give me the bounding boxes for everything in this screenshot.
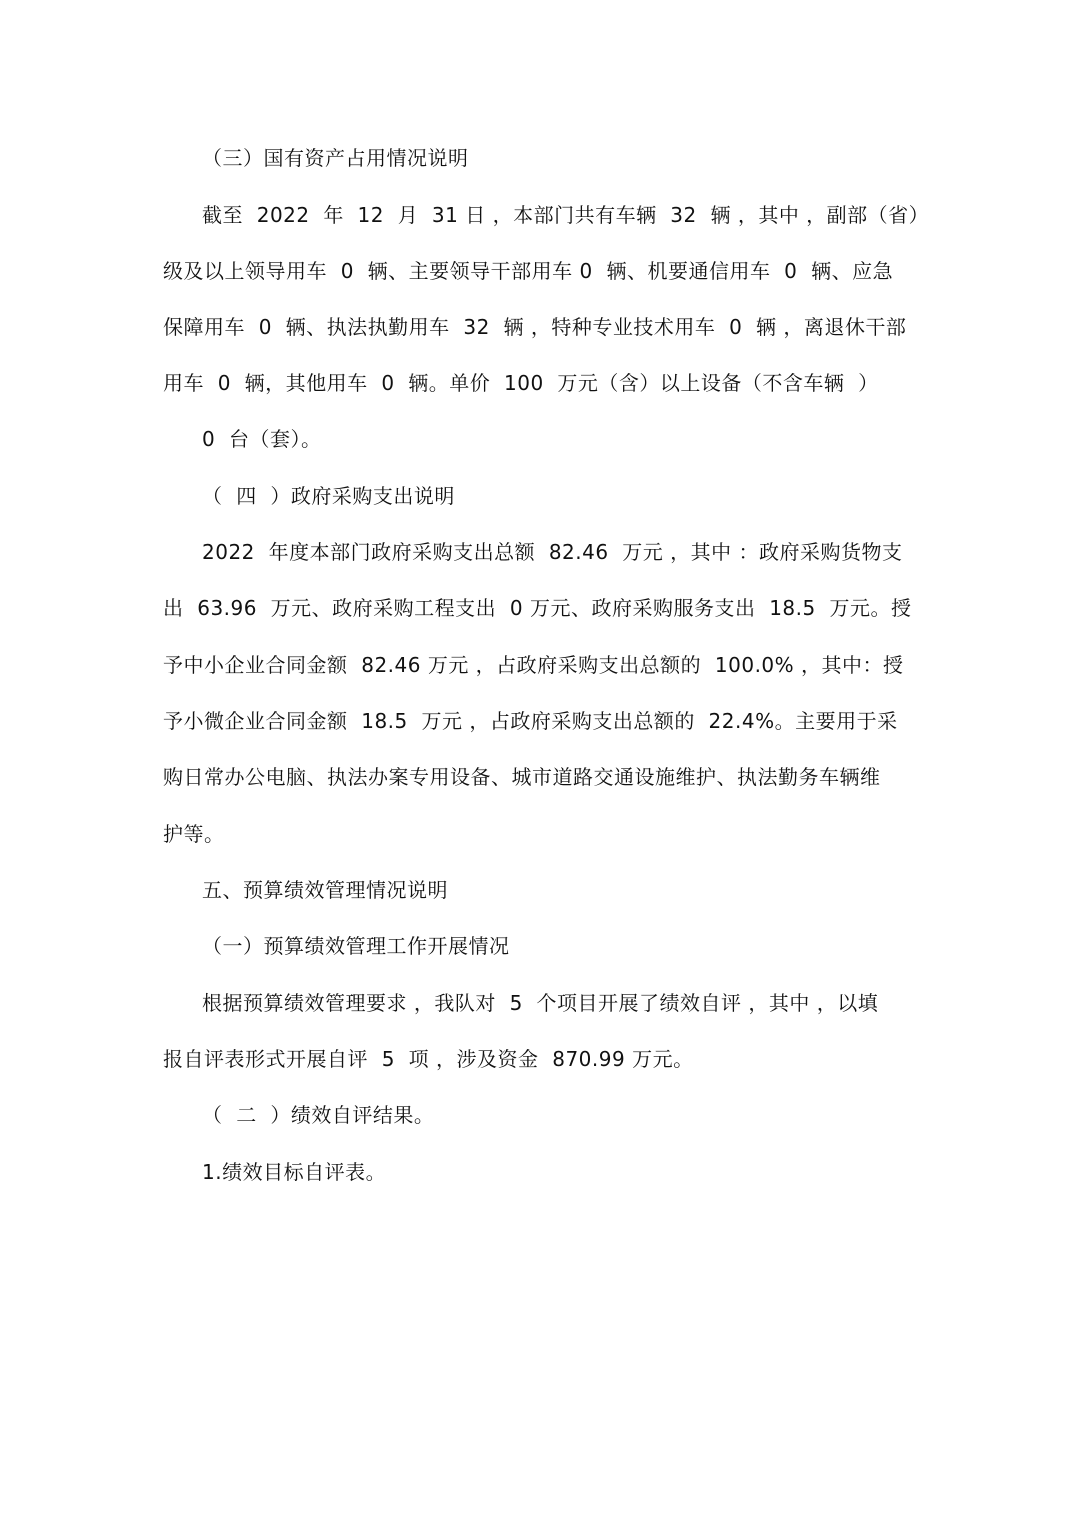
- item-heading-self-eval-table: 1.绩效目标自评表。: [202, 1159, 386, 1185]
- paragraph-line: 根据预算绩效管理要求 ，我队对 5 个项目开展了绩效自评 ，其中 ，以填: [202, 990, 878, 1016]
- paragraph-line: 予中小企业合同金额 82.46 万元 ，占政府采购支出总额的 100.0% ，其…: [163, 652, 904, 678]
- section-heading-procurement: （ 四 ）政府采购支出说明: [202, 483, 455, 509]
- paragraph-line: 保障用车 0 辆、执法执勤用车 32 辆 ，特种专业技术用车 0 辆 ，离退休干…: [163, 314, 906, 340]
- paragraph-line: 予小微企业合同金额 18.5 万元 ，占政府采购支出总额的 22.4%。主要用于…: [163, 708, 898, 734]
- paragraph-line: 用车 0 辆，其他用车 0 辆。单价 100 万元（含）以上设备（不含车辆 ）: [163, 370, 879, 396]
- section-heading-performance: 五、预算绩效管理情况说明: [202, 877, 448, 903]
- paragraph-line: 出 63.96 万元、政府采购工程支出 0 万元、政府采购服务支出 18.5 万…: [163, 595, 911, 621]
- paragraph-line: 报自评表形式开展自评 5 项 ，涉及资金 870.99 万元。: [163, 1046, 694, 1072]
- paragraph-line: 截至 2022 年 12 月 31 日 ，本部门共有车辆 32 辆 ，其中 ，副…: [202, 202, 929, 228]
- paragraph-line: 级及以上领导用车 0 辆、主要领导干部用车 0 辆、机要通信用车 0 辆、应急: [163, 258, 893, 284]
- subsection-heading-work: （一）预算绩效管理工作开展情况: [202, 933, 510, 959]
- subsection-heading-results: （ 二 ）绩效自评结果。: [202, 1102, 434, 1128]
- paragraph-line: 购日常办公电脑、执法办案专用设备、城市道路交通设施维护、执法勤务车辆维: [163, 764, 881, 790]
- paragraph-line: 护等。: [163, 821, 225, 847]
- section-heading-state-assets: （三）国有资产占用情况说明: [202, 145, 469, 171]
- paragraph-line: 2022 年度本部门政府采购支出总额 82.46 万元 ，其中 ：政府采购货物支: [202, 539, 903, 565]
- paragraph-line: 0 台（套）。: [202, 426, 321, 452]
